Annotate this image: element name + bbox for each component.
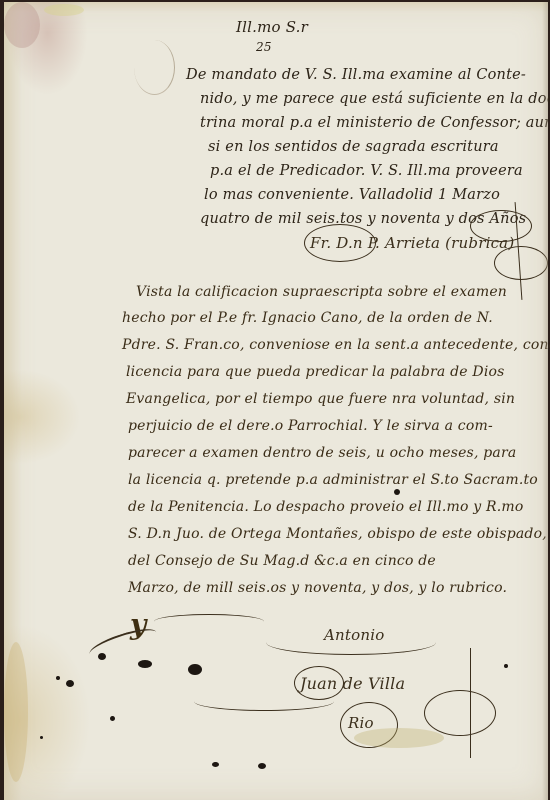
signature-rubric <box>424 690 496 736</box>
order-line: perjuicio de el dere.o Parrochial. Y le … <box>128 418 493 434</box>
decree-line: si en los sentidos de sagrada escritura <box>208 139 499 155</box>
decree-line: nido, y me parece que está suficiente en… <box>200 91 550 107</box>
order-line: parecer a examen dentro de seis, u ocho … <box>128 445 516 461</box>
ink-blot <box>504 664 508 668</box>
signature-underline <box>266 630 436 655</box>
order-line: de la Penitencia. Lo despacho proveio el… <box>128 499 523 515</box>
order-line: licencia para que pueda predicar la pala… <box>126 364 505 380</box>
ink-smudge <box>354 728 444 748</box>
decree-line: p.a el de Predicador. V. S. Ill.ma prove… <box>210 163 523 179</box>
folio-mark: 25 <box>256 40 272 54</box>
signature-stroke <box>470 648 471 758</box>
order-line: la licencia q. pretende p.a administrar … <box>128 472 538 488</box>
ink-blot <box>56 676 60 680</box>
order-line: Marzo, de mill seis.os y noventa, y dos,… <box>128 580 507 596</box>
paper-curl-mark <box>134 40 175 95</box>
document-header: Ill.mo S.r <box>236 18 308 36</box>
signature-rubric <box>304 224 376 262</box>
ink-blot <box>40 736 43 739</box>
order-line: hecho por el P.e fr. Ignacio Cano, de la… <box>122 310 493 326</box>
manuscript-page: Ill.mo S.r 25 De mandato de V. S. Ill.ma… <box>4 2 548 800</box>
paper-stain <box>4 2 40 48</box>
ink-blot <box>212 762 219 767</box>
order-line: Pdre. S. Fran.co, conveniose en la sent.… <box>122 337 550 353</box>
order-line: Vista la calificacion supraescripta sobr… <box>136 284 507 300</box>
ink-blot <box>138 660 152 668</box>
signature-rubric <box>294 666 344 700</box>
order-line: del Consejo de Su Mag.d &c.a en cinco de <box>128 553 436 569</box>
ink-blot <box>98 653 106 660</box>
ink-blot <box>394 489 400 495</box>
paper-stain <box>4 642 28 782</box>
decree-line: lo mas conveniente. Valladolid 1 Marzo <box>204 187 500 203</box>
decree-line: trina moral p.a el ministerio de Confess… <box>200 115 550 131</box>
decree-line: De mandato de V. S. Ill.ma examine al Co… <box>186 67 526 83</box>
ink-blot <box>258 763 266 769</box>
paper-stain <box>44 4 84 16</box>
order-line: S. D.n Juo. de Ortega Montañes, obispo d… <box>128 526 547 542</box>
ink-blot <box>66 680 74 687</box>
signature-rubric <box>470 210 532 242</box>
order-line: Evangelica, por el tiempo que fuere nra … <box>126 391 515 407</box>
ink-blot <box>110 716 115 721</box>
ink-blot <box>188 664 202 675</box>
rubric-stroke <box>154 614 264 629</box>
